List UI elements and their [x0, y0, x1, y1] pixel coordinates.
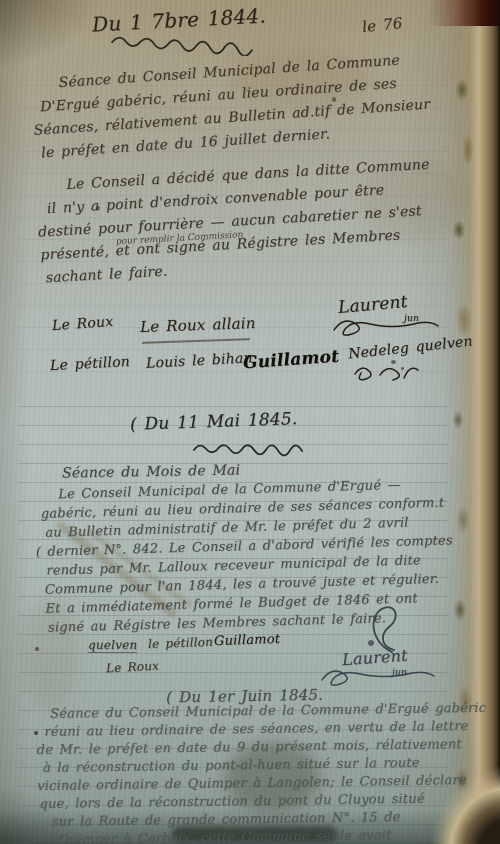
signature-paraph	[318, 664, 448, 690]
ink-speck	[35, 647, 39, 651]
entry-date-1845-juin: ( Du 1er Juin 1845.	[166, 686, 323, 707]
signature-laurent-suffix: jun	[404, 314, 419, 324]
signature-le-roux: Le Roux	[52, 314, 114, 334]
folio-number: le 76	[361, 14, 403, 36]
signature-louis-le-bihan: Louis le bihan	[146, 350, 253, 372]
signature-le-petillon: Le pétillon	[50, 354, 131, 374]
flourish-squiggle	[110, 33, 271, 57]
signature-underline	[142, 338, 250, 344]
signature-le-roux: Le Roux	[106, 659, 160, 676]
subheading-seance-mai: Séance du Mois de Mai	[62, 462, 240, 481]
paragraph-1845-juin: Séance du Conseil Municipal de la Commun…	[36, 700, 488, 844]
flourish-squiggle	[192, 440, 310, 458]
paragraph-1844-seance: Séance du Conseil Municipal de la Commun…	[30, 48, 432, 166]
signature-guillamot: Guillamot	[242, 347, 339, 374]
signature-le-petillon: le pétillon	[148, 635, 213, 651]
paragraph-1844-decision: Le Conseil a décidé que dans la ditte Co…	[30, 154, 435, 291]
signature-laurent-suffix: jun	[392, 668, 407, 678]
signature-le-roux-allain: Le Roux allain	[140, 314, 256, 336]
entry-date-1845-mai: ( Du 11 Mai 1845.	[130, 409, 298, 435]
signature-quelven: quelven	[88, 638, 137, 653]
entry-date-1844: Du 1 7bre 1844.	[91, 3, 266, 36]
signature-paraph	[330, 314, 450, 340]
signature-guillamot: Guillamot	[214, 632, 281, 649]
top-right-cover-edge	[428, 0, 500, 26]
manuscript-page: Du 1 7bre 1844. le 76 Séance du Conseil …	[0, 0, 500, 844]
signature-paraph	[352, 362, 422, 382]
